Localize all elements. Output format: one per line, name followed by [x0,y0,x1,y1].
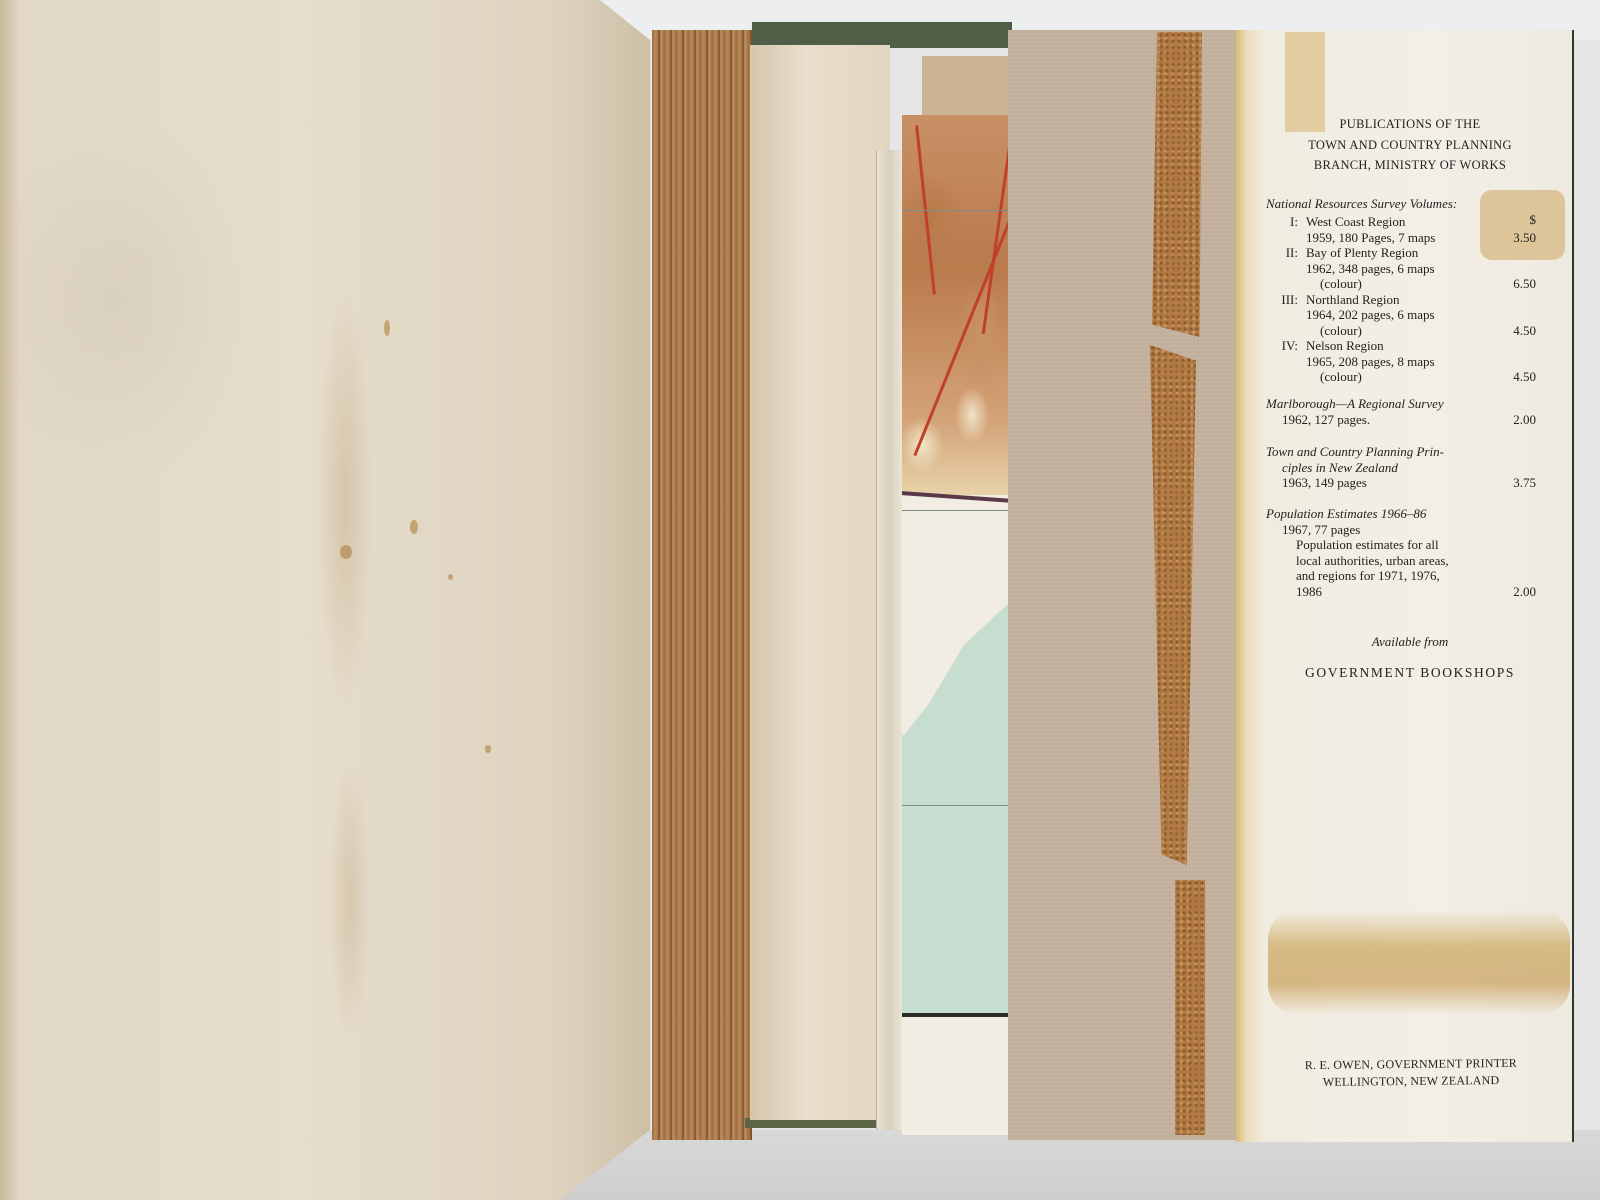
entry-title: Town and Country Planning Prin- [1266,444,1536,460]
section-title: National Resources Survey Volumes: [1266,196,1536,212]
jacket-water-stain [1268,910,1570,1015]
page-block-edge [652,30,752,1140]
foxing-spot [340,545,352,559]
grey-paper-band [1008,30,1240,1140]
volume-name: West Coast Region [1306,214,1494,230]
front-endpaper [0,0,650,1200]
map-topographic-area [902,115,1012,495]
map-grid-line [902,210,1012,211]
folded-map[interactable] [902,115,1012,1135]
volume-name: Bay of Plenty Region [1306,245,1494,261]
map-grid-line [902,510,1012,511]
available-from-label: Available from [1260,634,1560,650]
entry-price: 2.00 [1494,584,1536,600]
volume-list: I:West Coast Region 1959, 180 Pages, 7 m… [1266,214,1536,385]
volume-name: Nelson Region [1306,338,1494,354]
volume-item: IV:Nelson Region 1965, 208 pages, 8 maps… [1266,338,1536,385]
volume-name: Northland Region [1306,292,1494,308]
principles-entry: Town and Country Planning Prin- ciples i… [1266,444,1536,491]
entry-title: Population Estimates 1966–86 [1266,506,1536,522]
volume-extra: (colour) [1306,323,1362,338]
entry-title: Marlborough—A Regional Survey [1266,396,1536,412]
volume-extra: (colour) [1306,369,1362,384]
volume-price: 4.50 [1494,323,1536,339]
map-folded-edge [876,150,903,1130]
volume-price: 3.50 [1494,230,1536,246]
map-grid-line [902,805,1012,806]
printer-line: R. E. OWEN, GOVERNMENT PRINTER [1276,1055,1546,1075]
entry-price: 2.00 [1494,412,1536,428]
population-entry: Population Estimates 1966–86 1967, 77 pa… [1266,506,1536,599]
volume-item: III:Northland Region 1964, 202 pages, 6 … [1266,292,1536,339]
volume-details: 1964, 202 pages, 6 maps [1306,307,1494,323]
adhesive-tape [1175,880,1205,1135]
entry-title: ciples in New Zealand [1266,460,1536,476]
volume-number: III: [1266,292,1306,308]
marlborough-entry: Marlborough—A Regional Survey 1962, 127 … [1266,396,1536,427]
volume-number: IV: [1266,338,1306,354]
entry-description: Population estimates for all [1266,537,1536,553]
bookshops-label: GOVERNMENT BOOKSHOPS [1260,665,1560,681]
volume-number: II: [1266,245,1306,261]
header-line: TOWN AND COUNTRY PLANNING [1260,135,1560,156]
entry-description: 1986 [1266,584,1494,600]
printer-line: WELLINGTON, NEW ZEALAND [1276,1072,1546,1092]
foxing-spot [448,574,453,580]
entry-description: local authorities, urban areas, [1266,553,1536,569]
header-line: PUBLICATIONS OF THE [1260,114,1560,135]
entry-details: 1963, 149 pages [1266,475,1494,491]
volume-details: 1959, 180 Pages, 7 maps [1306,230,1494,246]
volume-price: 6.50 [1494,276,1536,292]
entry-description: and regions for 1971, 1976, [1266,568,1536,584]
volume-extra: (colour) [1306,276,1362,291]
volume-price: 4.50 [1494,369,1536,385]
jacket-header: PUBLICATIONS OF THE TOWN AND COUNTRY PLA… [1260,114,1560,176]
volume-number: I: [1266,214,1306,230]
entry-price: 3.75 [1494,475,1536,491]
foxing-spot [485,745,491,753]
volume-item: II:Bay of Plenty Region 1962, 348 pages,… [1266,245,1536,292]
entry-details: 1967, 77 pages [1266,522,1536,538]
pocket-flap [922,56,1012,116]
foxing-spot [384,320,390,336]
printer-imprint: R. E. OWEN, GOVERNMENT PRINTER WELLINGTO… [1276,1055,1546,1092]
map-border-rule [902,1013,1012,1017]
volume-details: 1965, 208 pages, 8 maps [1306,354,1494,370]
header-line: BRANCH, MINISTRY OF WORKS [1260,155,1560,176]
foxing-spot [410,520,418,534]
rear-pastedown [750,45,890,1120]
volume-item: I:West Coast Region 1959, 180 Pages, 7 m… [1266,214,1536,245]
entry-details: 1962, 127 pages. [1266,412,1494,428]
adhesive-tape [1152,32,1202,337]
volume-details: 1962, 348 pages, 6 maps [1306,261,1494,277]
